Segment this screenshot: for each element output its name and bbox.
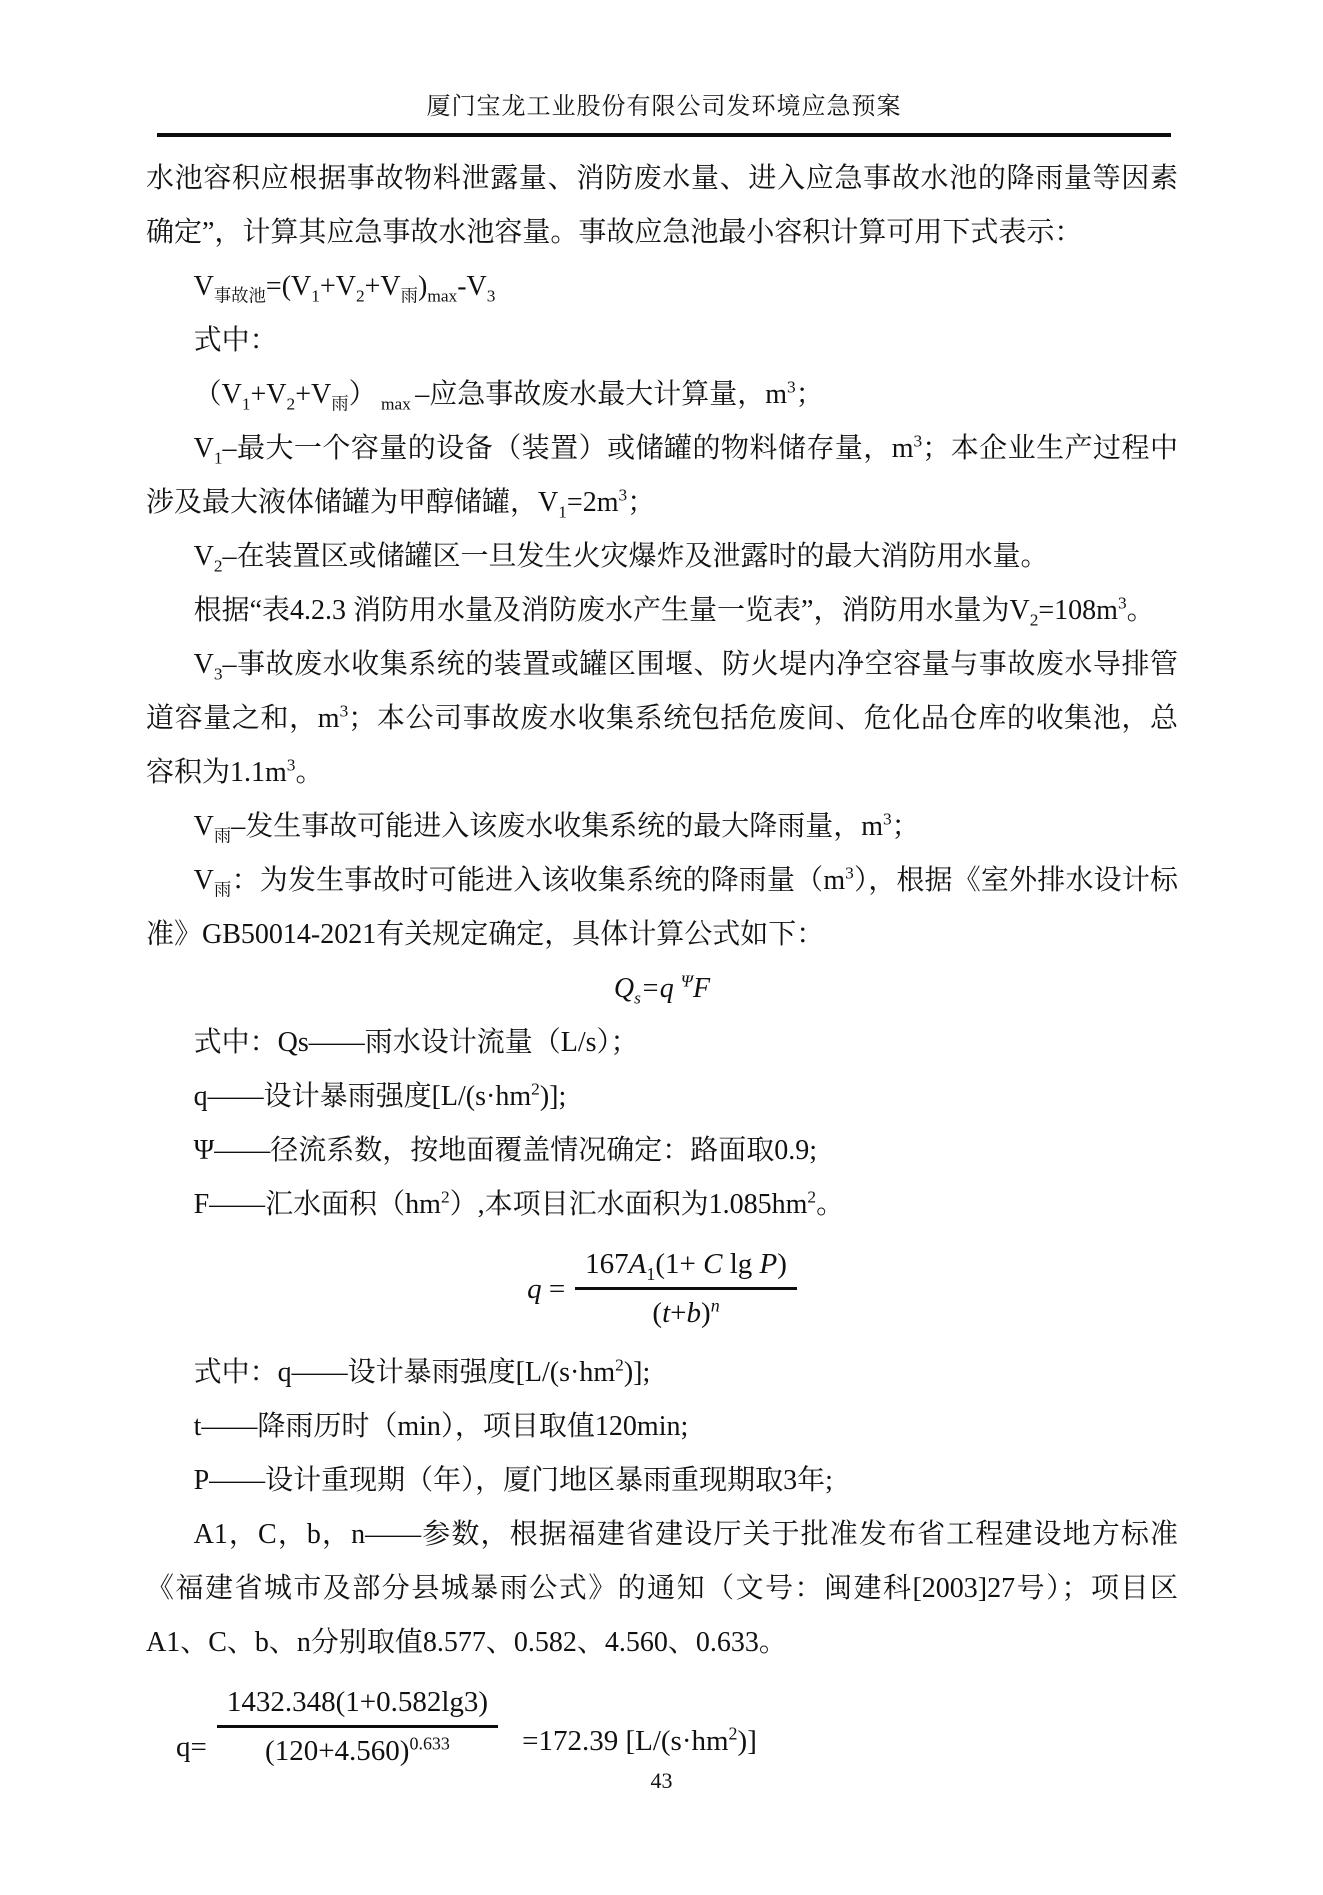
fraction: 167A1(1+ C lg P)(t+b)n [575, 1246, 797, 1332]
paragraph: V1–最大一个容量的设备（装置）或储罐的物料储存量，m3；本企业生产过程中涉及最… [146, 422, 1178, 530]
document-body: 水池容积应根据事故物料泄露量、消防废水量、进入应急事故水池的降雨量等因素确定”，… [146, 152, 1178, 1783]
document-footer: 43 [0, 1768, 1323, 1794]
paragraph: V雨：为发生事故时可能进入该收集系统的降雨量（m3），根据《室外排水设计标准》G… [146, 854, 1178, 962]
header-title: 厦门宝龙工业股份有限公司发环境应急预案 [427, 94, 902, 120]
paragraph: V3–事故废水收集系统的装置或罐区围堰、防火堤内净空容量与事故废水导排管道容量之… [146, 638, 1178, 800]
fraction-prefix: q = [527, 1271, 565, 1307]
fraction: 1432.348(1+0.582lg3)(120+4.560)0.633 [217, 1684, 498, 1770]
paragraph: q——设计暴雨强度[L/(s·hm2)]; [146, 1070, 1178, 1124]
fraction-numerator: 167A1(1+ C lg P) [575, 1246, 797, 1290]
paragraph: V2–在装置区或储罐区一旦发生火灾爆炸及泄露时的最大消防用水量。 [146, 530, 1178, 584]
paragraph: 式中：q——设计暴雨强度[L/(s·hm2)]; [146, 1346, 1178, 1400]
paragraph: 水池容积应根据事故物料泄露量、消防废水量、进入应急事故水池的降雨量等因素确定”，… [146, 152, 1178, 260]
formula: Qs=q ΨF [146, 962, 1178, 1016]
paragraph: F——汇水面积（hm2）,本项目汇水面积为1.085hm2。 [146, 1178, 1178, 1232]
fraction-denominator: (120+4.560)0.633 [265, 1728, 450, 1769]
paragraph: 式中： [146, 314, 1178, 368]
fraction-suffix: =172.39 [L/(s·hm2)] [508, 1723, 757, 1759]
paragraph: Ψ——径流系数，按地面覆盖情况确定：路面取0.9; [146, 1124, 1178, 1178]
paragraph: V雨–发生事故可能进入该废水收集系统的最大降雨量，m3； [146, 800, 1178, 854]
fraction-prefix: q= [176, 1729, 207, 1765]
document-page: 厦门宝龙工业股份有限公司发环境应急预案 水池容积应根据事故物料泄露量、消防废水量… [0, 0, 1323, 1895]
fraction-denominator: (t+b)n [652, 1290, 719, 1331]
paragraph: P——设计重现期（年），厦门地区暴雨重现期取3年; [146, 1454, 1178, 1508]
fraction-numerator: 1432.348(1+0.582lg3) [217, 1684, 498, 1728]
formula-fraction: q = 167A1(1+ C lg P)(t+b)n [146, 1246, 1178, 1332]
page-number: 43 [651, 1768, 673, 1793]
document-header: 厦门宝龙工业股份有限公司发环境应急预案 [157, 86, 1171, 137]
paragraph: 式中：Qs——雨水设计流量（L/s）； [146, 1016, 1178, 1070]
formula-fraction: q=1432.348(1+0.582lg3)(120+4.560)0.633=1… [176, 1684, 1178, 1770]
paragraph: A1，C，b，n——参数，根据福建省建设厅关于批准发布省工程建设地方标准《福建省… [146, 1508, 1178, 1670]
paragraph: （V1+V2+V雨） max –应急事故废水最大计算量，m3； [146, 368, 1178, 422]
paragraph: 根据“表4.2.3 消防用水量及消防废水产生量一览表”，消防用水量为V2=108… [146, 584, 1178, 638]
paragraph: t——降雨历时（min），项目取值120min; [146, 1400, 1178, 1454]
paragraph: V事故池=(V1+V2+V雨)max-V3 [146, 260, 1178, 314]
